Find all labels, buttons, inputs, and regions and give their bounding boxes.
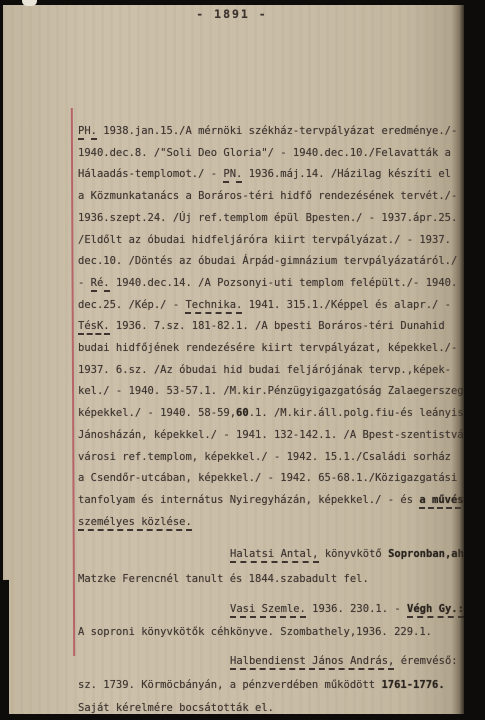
text-segment: Vasi Szemle. bbox=[230, 603, 306, 618]
text-segment: dec.10. /Döntés az óbudai Árpád-gimnáziu… bbox=[78, 255, 457, 267]
text-segment: Matzke Ferencnél tanult és 1844.szabadul… bbox=[78, 573, 369, 585]
entry-halbendienst: Halbendienst János András, éremvéső:sz. … bbox=[78, 650, 478, 720]
text-line: dec.25. /Kép./ - Technika. 1941. 315.1./… bbox=[78, 295, 478, 317]
scan-edge-right bbox=[464, 0, 485, 720]
text-line: a Csendőr-utcában, képekkel./ - 1942. 65… bbox=[78, 468, 478, 490]
text-segment: 1941. 315.1./Képpel és alapr./ - bbox=[242, 299, 451, 311]
text-segment: .1. /M.kir.áll.polg.fiu-és leányisk. bbox=[249, 407, 477, 419]
entry-halatsi-antal: Halatsi Antal, könyvkötő Sopronban,aholM… bbox=[78, 542, 478, 592]
text-line: Matzke Ferencnél tanult és 1844.szabadul… bbox=[78, 567, 478, 592]
text-segment: budai hidfőjének rendezésére kiirt tervp… bbox=[78, 342, 457, 354]
text-segment: /Eldőlt az óbudai hidfeljáróra kiirt ter… bbox=[78, 234, 451, 246]
text-segment: 1940.dec.8. /"Soli Deo Gloria"/ - 1940.d… bbox=[78, 147, 451, 159]
scanned-page: - 1891 - PH. 1938.jan.15./A mérnöki szék… bbox=[0, 0, 485, 720]
scan-edge-top bbox=[0, 0, 485, 5]
text-segment: a Csendőr-utcában, képekkel./ - 1942. 65… bbox=[78, 472, 457, 484]
text-segment: személyes közlése. bbox=[78, 516, 192, 531]
text-line: Halbendienst János András, éremvéső: bbox=[78, 650, 478, 674]
entry-architecture-bibliography: PH. 1938.jan.15./A mérnöki székház-tervp… bbox=[78, 121, 478, 533]
text-segment: PH. bbox=[78, 125, 97, 140]
text-segment: Jánosházán, képekkel./ - 1941. 132-142.1… bbox=[78, 429, 476, 441]
text-segment: Saját kérelmére bocsátották el. bbox=[78, 702, 274, 714]
text-segment: Hálaadás-templomot./ - bbox=[78, 168, 223, 180]
text-line: 1937. 6.sz. /Az óbudai hid budai feljáró… bbox=[78, 360, 478, 382]
text-segment: kel./ - 1940. 53-57.1. /M.kir.Pénzügyiga… bbox=[78, 385, 483, 397]
text-segment: képekkel./ - 1940. 58-59, bbox=[78, 407, 236, 419]
text-line: dec.10. /Döntés az óbudai Árpád-gimnáziu… bbox=[78, 251, 478, 273]
text-segment: 1936.szept.24. /Új ref.templom épül Bpes… bbox=[78, 212, 457, 224]
text-line: Halatsi Antal, könyvkötő Sopronban,ahol bbox=[78, 542, 478, 567]
text-segment: Technika. bbox=[185, 299, 242, 314]
text-segment: A soproni könyvkötők céhkönyve. Szombath… bbox=[78, 626, 432, 638]
text-segment: 60 bbox=[236, 407, 249, 419]
text-line: 1940.dec.8. /"Soli Deo Gloria"/ - 1940.d… bbox=[78, 143, 478, 165]
text-line: TésK. 1936. 7.sz. 181-82.1. /A bpesti Bo… bbox=[78, 316, 478, 338]
text-segment: 1936.máj.14. /Házilag készíti el bbox=[242, 168, 451, 180]
text-line: PH. 1938.jan.15./A mérnöki székház-tervp… bbox=[78, 121, 478, 143]
text-line: képekkel./ - 1940. 58-59,60.1. /M.kir.ál… bbox=[78, 403, 478, 425]
text-line: Jánosházán, képekkel./ - 1941. 132-142.1… bbox=[78, 425, 478, 447]
text-line: /Eldőlt az óbudai hidfeljáróra kiirt ter… bbox=[78, 230, 478, 252]
text-line: személyes közlése. bbox=[78, 512, 478, 534]
scan-notch bbox=[22, 0, 37, 6]
text-line: Vasi Szemle. 1936. 230.1. - Végh Gy.: bbox=[78, 598, 478, 621]
text-line: budai hidfőjének rendezésére kiirt tervp… bbox=[78, 338, 478, 360]
text-segment: Halatsi Antal, bbox=[230, 548, 319, 563]
text-segment: 1940.dec.14. /A Pozsonyi-uti templom fel… bbox=[110, 277, 458, 289]
text-segment: sz. 1739. Körmöcbányán, a pénzverdében m… bbox=[78, 679, 381, 691]
text-segment: éremvéső: bbox=[394, 655, 457, 667]
text-segment: TésK. bbox=[78, 320, 110, 335]
text-line: sz. 1739. Körmöcbányán, a pénzverdében m… bbox=[78, 674, 478, 698]
text-line: a Közmunkatanács a Boráros-téri hidfő re… bbox=[78, 186, 478, 208]
scan-edge-left-wedge bbox=[0, 580, 9, 720]
text-segment: 1936. 7.sz. 181-82.1. /A bpesti Boráros-… bbox=[110, 320, 445, 332]
typed-text-block: PH. 1938.jan.15./A mérnöki székház-tervp… bbox=[78, 121, 478, 720]
text-segment: 1761-1776. bbox=[381, 679, 444, 691]
text-line: tanfolyam és internátus Nyiregyházán, ké… bbox=[78, 490, 478, 512]
text-line: városi ref.templom, képekkel./ - 1942. 1… bbox=[78, 447, 478, 469]
text-segment: Ré. bbox=[91, 277, 110, 292]
paper-edge-shadow bbox=[452, 0, 464, 720]
text-line: - Ré. 1940.dec.14. /A Pozsonyi-uti templ… bbox=[78, 273, 478, 295]
text-line: Hálaadás-templomot./ - PN. 1936.máj.14. … bbox=[78, 164, 478, 186]
scan-edge-bottom bbox=[0, 714, 485, 720]
text-segment: Halbendienst János András, bbox=[230, 655, 394, 670]
text-segment: tanfolyam és internátus Nyiregyházán, ké… bbox=[78, 494, 419, 506]
text-segment: 1937. 6.sz. /Az óbudai hid budai feljáró… bbox=[78, 364, 451, 376]
text-segment: 1938.jan.15./A mérnöki székház-tervpályá… bbox=[97, 125, 457, 137]
entry-vasi-szemle: Vasi Szemle. 1936. 230.1. - Végh Gy.:A s… bbox=[78, 598, 478, 644]
text-line: 1936.szept.24. /Új ref.templom épül Bpes… bbox=[78, 208, 478, 230]
text-line: A soproni könyvkötők céhkönyve. Szombath… bbox=[78, 621, 478, 644]
text-segment: könyvkötő bbox=[319, 548, 389, 560]
text-segment: 1936. 230.1. - bbox=[306, 603, 407, 615]
text-segment: dec.25. /Kép./ - bbox=[78, 299, 185, 311]
text-line: kel./ - 1940. 53-57.1. /M.kir.Pénzügyiga… bbox=[78, 381, 478, 403]
text-segment: PN. bbox=[223, 168, 242, 183]
text-segment: - bbox=[78, 277, 91, 289]
text-segment: városi ref.templom, képekkel./ - 1942. 1… bbox=[78, 451, 451, 463]
text-segment: a Közmunkatanács a Boráros-téri hidfő re… bbox=[78, 190, 457, 202]
page-number: - 1891 - bbox=[0, 7, 464, 21]
